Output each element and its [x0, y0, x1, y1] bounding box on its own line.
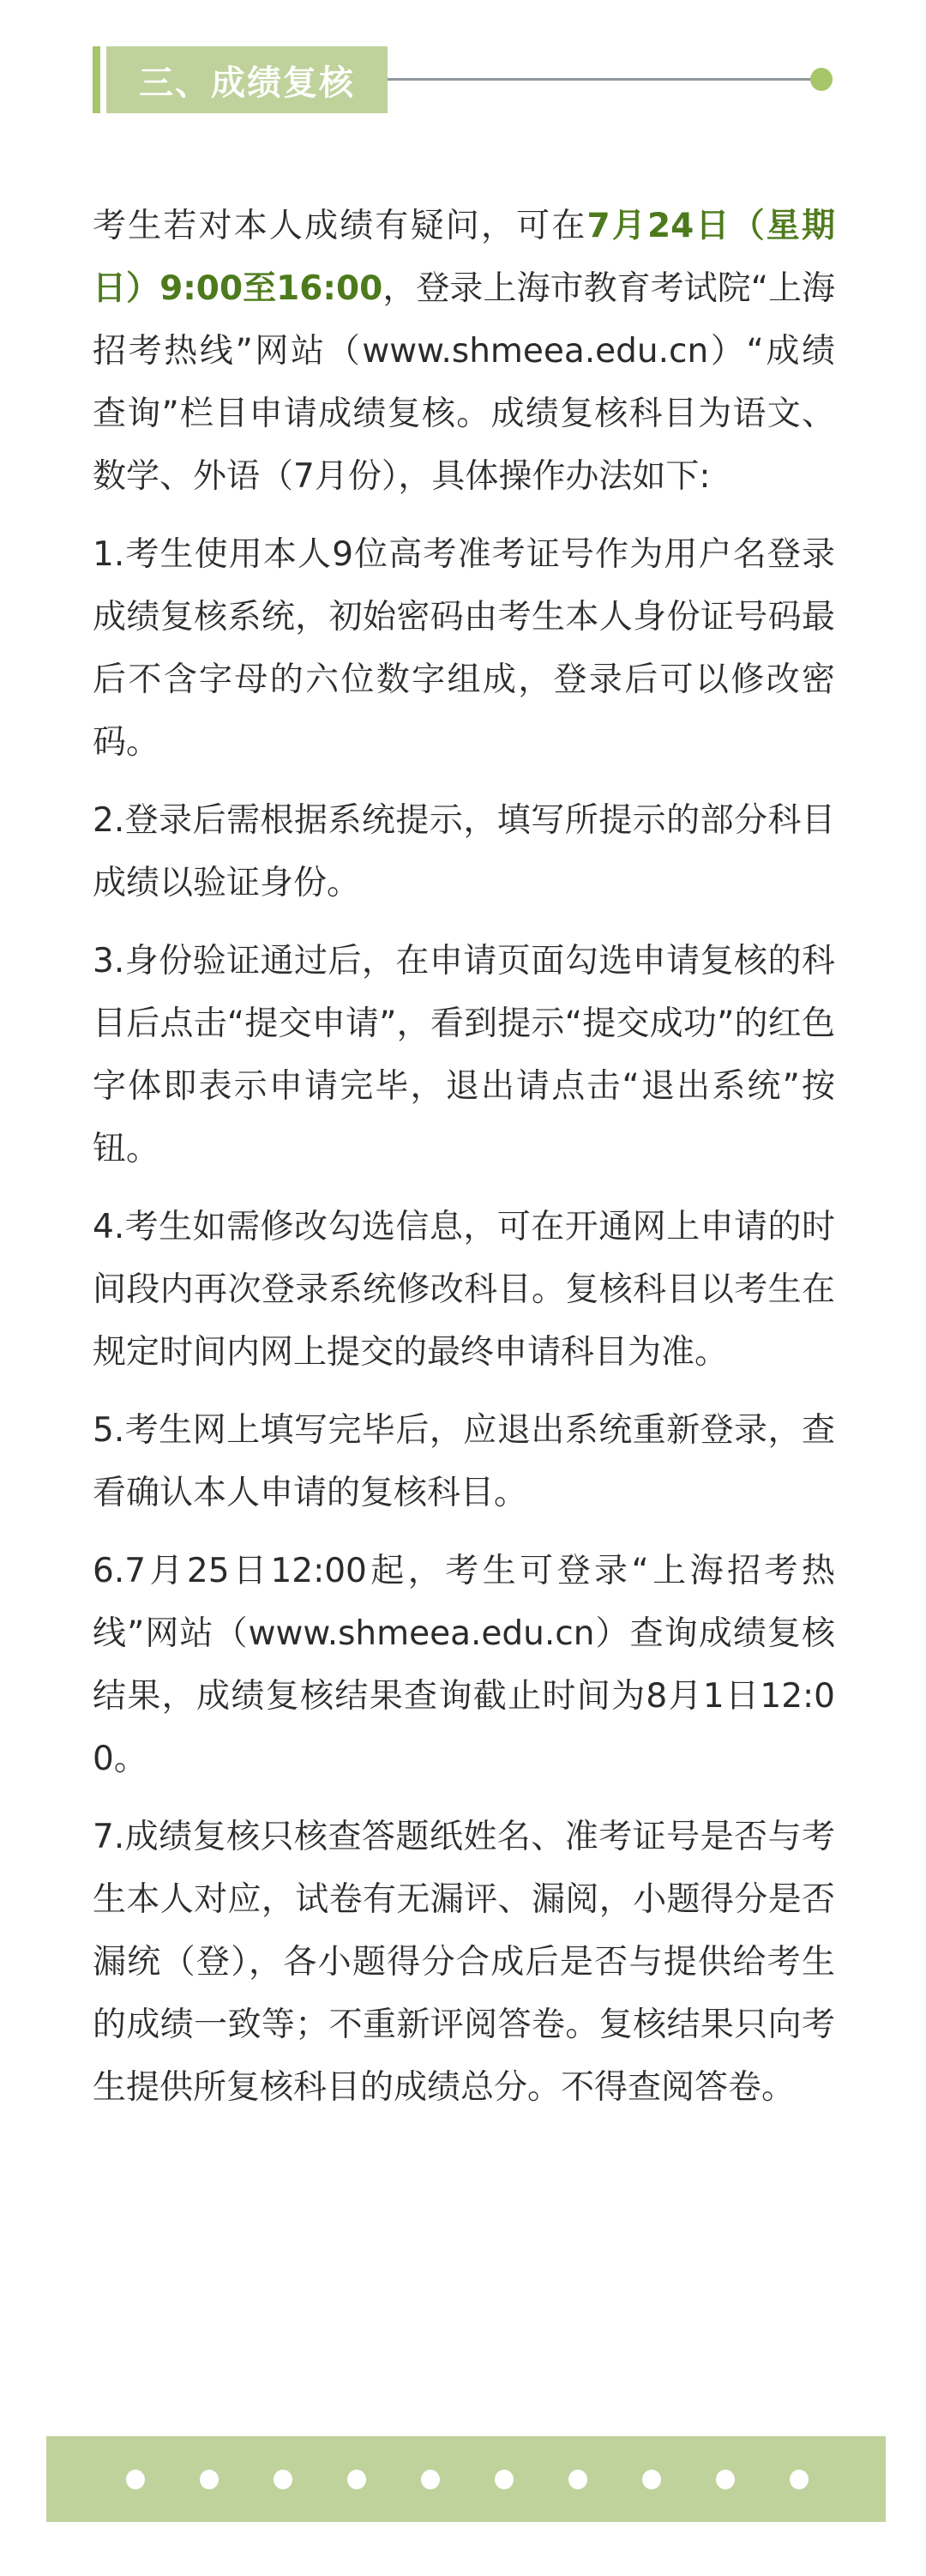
footer-decorative-band	[46, 2436, 886, 2522]
footer-dot-icon	[200, 2470, 219, 2489]
article-body: 考生若对本人成绩有疑问，可在7月24日（星期日）9:00至16:00，登录上海市…	[93, 195, 835, 2134]
header-dot-icon	[810, 68, 833, 91]
step-1: 1.考生使用本人9位高考准考证号作为用户名登录成绩复核系统，初始密码由考生本人身…	[93, 523, 835, 774]
intro-text-start: 考生若对本人成绩有疑问，可在	[93, 207, 587, 245]
footer-dot-icon	[642, 2470, 661, 2489]
header-accent-bar	[93, 46, 100, 113]
footer-dot-icon	[126, 2470, 145, 2489]
footer-dot-icon	[716, 2470, 735, 2489]
footer-dot-icon	[495, 2470, 514, 2489]
footer-dot-icon	[790, 2470, 809, 2489]
header-title-box: 三、成绩复核	[106, 46, 388, 113]
intro-paragraph: 考生若对本人成绩有疑问，可在7月24日（星期日）9:00至16:00，登录上海市…	[93, 195, 835, 508]
header-divider-line	[388, 78, 813, 81]
footer-dot-icon	[568, 2470, 587, 2489]
footer-dot-icon	[347, 2470, 366, 2489]
step-4: 4.考生如需修改勾选信息，可在开通网上申请的时间段内再次登录系统修改科目。复核科…	[93, 1196, 835, 1384]
section-header: 三、成绩复核	[0, 0, 926, 172]
step-6: 6.7月25日12:00起，考生可登录“上海招考热线”网站（www.shmeea…	[93, 1540, 835, 1790]
step-7: 7.成绩复核只核查答题纸姓名、准考证号是否与考生本人对应，试卷有无漏评、漏阅，小…	[93, 1806, 835, 2119]
step-5: 5.考生网上填写完毕后，应退出系统重新登录，查看确认本人申请的复核科目。	[93, 1399, 835, 1524]
footer-dot-icon	[421, 2470, 440, 2489]
step-2: 2.登录后需根据系统提示，填写所提示的部分科目成绩以验证身份。	[93, 789, 835, 914]
footer-dot-icon	[274, 2470, 292, 2489]
section-title: 三、成绩复核	[139, 56, 355, 105]
step-3: 3.身份验证通过后，在申请页面勾选申请复核的科目后点击“提交申请”，看到提示“提…	[93, 930, 835, 1180]
